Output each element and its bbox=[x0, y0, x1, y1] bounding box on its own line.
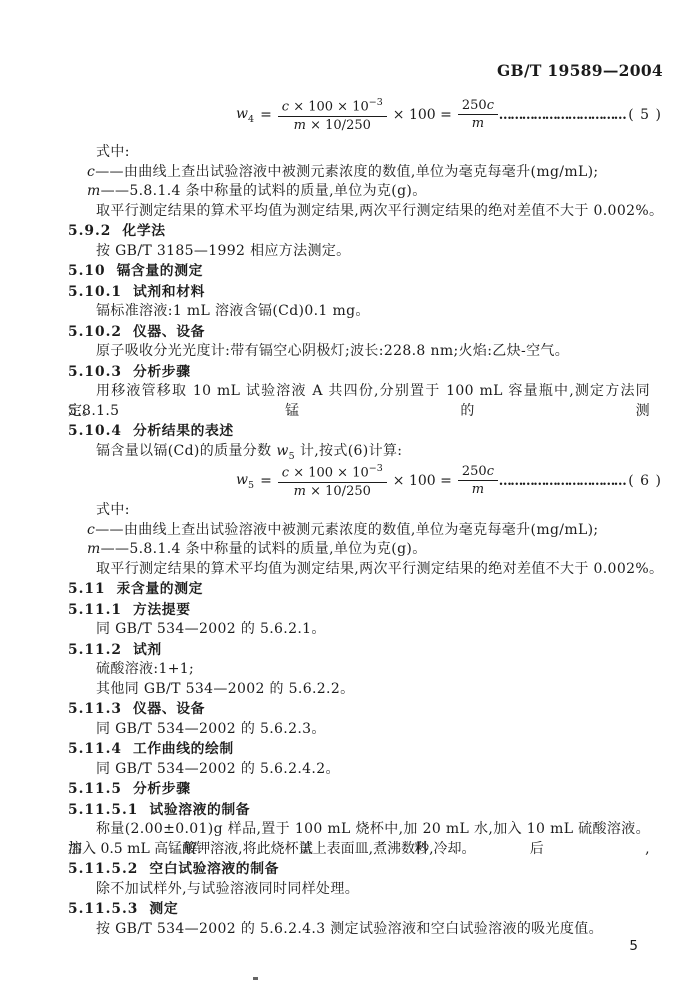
clause-number: 5.10.4 bbox=[68, 423, 122, 439]
multiply-term: × 100 = bbox=[393, 473, 452, 489]
section-heading-5-9-2: 5.9.2化学法 bbox=[68, 221, 650, 242]
variable-w: w bbox=[236, 472, 248, 488]
section-heading-5-10-3: 5.10.3分析步骤 bbox=[68, 362, 650, 383]
paragraph: 同 GB/T 534—2002 的 5.6.2.3。 bbox=[68, 720, 650, 740]
numerator-terms: × 100 × 10 bbox=[289, 99, 369, 114]
numerator-terms: × 100 × 10 bbox=[289, 465, 369, 480]
section-heading-5-11-5-2: 5.11.5.2空白试验溶液的制备 bbox=[68, 859, 650, 880]
paragraph: 原子吸收分光光度计:带有镉空心阴极灯;波长:228.8 nm;火焰:乙炔-空气。 bbox=[68, 342, 650, 362]
section-heading-5-11-3: 5.11.3仪器、设备 bbox=[68, 699, 650, 720]
clause-title: 试剂和材料 bbox=[133, 284, 205, 300]
clause-number: 5.11.4 bbox=[68, 741, 122, 757]
clause-title: 镉含量的测定 bbox=[117, 263, 203, 279]
definition-m: m——5.8.1.4 条中称量的试料的质量,单位为克(g)。 bbox=[68, 540, 650, 560]
definition-m: m——5.8.1.4 条中称量的试料的质量,单位为克(g)。 bbox=[68, 182, 650, 202]
section-heading-5-10-4: 5.10.4分析结果的表述 bbox=[68, 421, 650, 442]
variable-m: m bbox=[294, 484, 306, 499]
dot-leader: …………………………… bbox=[499, 108, 626, 123]
print-artifact bbox=[253, 977, 258, 980]
variable-symbol: c bbox=[87, 522, 95, 538]
fraction: c × 100 × 10−3 m × 10/250 bbox=[278, 463, 387, 500]
result-denominator: m bbox=[472, 481, 484, 498]
subscript: 4 bbox=[248, 113, 254, 124]
variable-symbol: m bbox=[87, 541, 101, 557]
clause-number: 5.11.2 bbox=[68, 642, 122, 658]
paragraph: 用移液管移取 10 mL 试验溶液 A 共四份,分别置于 100 mL 容量瓶中… bbox=[68, 382, 650, 402]
paragraph: 同 GB/T 534—2002 的 5.6.2.1。 bbox=[68, 620, 650, 640]
variable-m: m bbox=[472, 116, 484, 131]
result-fraction: 250c m bbox=[458, 98, 498, 132]
clause-title: 分析步骤 bbox=[133, 781, 191, 797]
clause-title: 分析步骤 bbox=[133, 364, 191, 380]
exponent: −3 bbox=[369, 97, 383, 108]
equation-number: ( 6 ) bbox=[628, 473, 662, 489]
variable-w: w bbox=[236, 106, 248, 122]
where-clause: 式中: bbox=[68, 501, 650, 521]
definition-text: ——5.8.1.4 条中称量的试料的质量,单位为克(g)。 bbox=[101, 541, 427, 557]
section-heading-5-11-5: 5.11.5分析步骤 bbox=[68, 779, 650, 800]
intro-text: 计,按式(6)计算: bbox=[295, 443, 402, 459]
section-heading-5-11-5-1: 5.11.5.1试验溶液的制备 bbox=[68, 800, 650, 821]
paragraph: 取平行测定结果的算术平均值为测定结果,两次平行测定结果的绝对差值不大于 0.00… bbox=[68, 202, 650, 222]
variable-symbol: m bbox=[87, 183, 101, 199]
paragraph: 硫酸溶液:1+1; bbox=[68, 660, 650, 680]
definition-c: c——由曲线上查出试验溶液中被测元素浓度的数值,单位为毫克每毫升(mg/mL); bbox=[68, 163, 650, 183]
clause-number: 5.10.3 bbox=[68, 364, 122, 380]
clause-number: 5.10 bbox=[68, 263, 106, 279]
clause-number: 5.11.3 bbox=[68, 701, 122, 717]
definition-text: ——5.8.1.4 条中称量的试料的质量,单位为克(g)。 bbox=[101, 183, 427, 199]
variable-c: c bbox=[282, 99, 289, 114]
clause-title: 试剂 bbox=[133, 642, 162, 658]
denominator: m × 10/250 bbox=[294, 483, 371, 500]
result-denominator: m bbox=[472, 115, 484, 132]
variable-c: c bbox=[487, 98, 494, 113]
denominator-terms: × 10/250 bbox=[306, 484, 371, 499]
section-heading-5-11: 5.11汞含量的测定 bbox=[68, 579, 650, 600]
coefficient: 250 bbox=[462, 464, 487, 479]
clause-title: 工作曲线的绘制 bbox=[133, 741, 234, 757]
fraction: c × 100 × 10−3 m × 10/250 bbox=[278, 97, 387, 134]
paragraph: 镉标准溶液:1 mL 溶液含镉(Cd)0.1 mg。 bbox=[68, 302, 650, 322]
page-number: 5 bbox=[629, 938, 638, 954]
clause-title: 化学法 bbox=[122, 223, 165, 239]
result-numerator: 250c bbox=[458, 98, 498, 116]
clause-title: 空白试验溶液的制备 bbox=[149, 861, 279, 877]
clause-title: 方法提要 bbox=[133, 602, 191, 618]
denominator-terms: × 10/250 bbox=[306, 118, 371, 133]
variable-c: c bbox=[282, 465, 289, 480]
paragraph: 按 GB/T 534—2002 的 5.6.2.4.3 测定试验溶液和空白试验溶… bbox=[68, 920, 650, 940]
formula-lhs: w5 bbox=[236, 472, 254, 491]
section-heading-5-10: 5.10镉含量的测定 bbox=[68, 261, 650, 282]
equals-sign: = bbox=[260, 107, 272, 123]
section-heading-5-10-2: 5.10.2仪器、设备 bbox=[68, 322, 650, 343]
subscript: 5 bbox=[248, 479, 254, 490]
numerator: c × 100 × 10−3 bbox=[278, 463, 387, 483]
variable-m: m bbox=[472, 482, 484, 497]
denominator: m × 10/250 bbox=[294, 117, 371, 134]
clause-title: 分析结果的表述 bbox=[133, 423, 234, 439]
formula-6-expression: w5 = c × 100 × 10−3 m × 10/250 × 100 = 2… bbox=[236, 463, 498, 500]
coefficient: 250 bbox=[462, 98, 487, 113]
formula-leader: …………………………… ( 5 ) bbox=[499, 107, 662, 123]
clause-number: 5.11.1 bbox=[68, 602, 122, 618]
formula-5-expression: w4 = c × 100 × 10−3 m × 10/250 × 100 = 2… bbox=[236, 97, 498, 134]
definition-c: c——由曲线上查出试验溶液中被测元素浓度的数值,单位为毫克每毫升(mg/mL); bbox=[68, 521, 650, 541]
clause-number: 5.11.5 bbox=[68, 781, 122, 797]
clause-number: 5.11.5.2 bbox=[68, 861, 138, 877]
result-fraction: 250c m bbox=[458, 464, 498, 498]
variable-w: w bbox=[276, 443, 288, 459]
section-heading-5-10-1: 5.10.1试剂和材料 bbox=[68, 282, 650, 303]
intro-text: 镉含量以镉(Cd)的质量分数 bbox=[96, 443, 276, 459]
result-numerator: 250c bbox=[458, 464, 498, 482]
clause-title: 汞含量的测定 bbox=[117, 581, 203, 597]
page-content: GB/T 19589—2004 w4 = c × 100 × 10−3 m × … bbox=[68, 61, 650, 939]
equals-sign: = bbox=[260, 473, 272, 489]
variable-c: c bbox=[487, 464, 494, 479]
document-page: GB/T 19589—2004 w4 = c × 100 × 10−3 m × … bbox=[0, 0, 700, 1008]
clause-title: 仪器、设备 bbox=[133, 701, 205, 717]
standard-number-header: GB/T 19589—2004 bbox=[68, 61, 663, 81]
formula-6: w5 = c × 100 × 10−3 m × 10/250 × 100 = 2… bbox=[68, 461, 650, 501]
formula-leader: …………………………… ( 6 ) bbox=[499, 473, 662, 489]
clause-number: 5.9.2 bbox=[68, 223, 111, 239]
paragraph: 除不加试样外,与试验溶液同时同样处理。 bbox=[68, 880, 650, 900]
paragraph: 按 GB/T 3185—1992 相应方法测定。 bbox=[68, 242, 650, 262]
clause-number: 5.10.2 bbox=[68, 324, 122, 340]
section-heading-5-11-4: 5.11.4工作曲线的绘制 bbox=[68, 739, 650, 760]
paragraph: 取平行测定结果的算术平均值为测定结果,两次平行测定结果的绝对差值不大于 0.00… bbox=[68, 560, 650, 580]
where-clause: 式中: bbox=[68, 143, 650, 163]
formula-lhs: w4 bbox=[236, 106, 254, 125]
paragraph: 称量(2.00±0.01)g 样品,置于 100 mL 烧杯中,加 20 mL … bbox=[68, 820, 650, 840]
clause-number: 5.11 bbox=[68, 581, 106, 597]
clause-title: 测定 bbox=[149, 901, 178, 917]
section-heading-5-11-1: 5.11.1方法提要 bbox=[68, 600, 650, 621]
formula-5: w4 = c × 100 × 10−3 m × 10/250 × 100 = 2… bbox=[68, 95, 650, 135]
section-heading-5-11-2: 5.11.2试剂 bbox=[68, 640, 650, 661]
exponent: −3 bbox=[369, 463, 383, 474]
formula-intro: 镉含量以镉(Cd)的质量分数 w5 计,按式(6)计算: bbox=[68, 442, 650, 462]
section-heading-5-11-5-3: 5.11.5.3测定 bbox=[68, 899, 650, 920]
clause-number: 5.10.1 bbox=[68, 284, 122, 300]
equation-number: ( 5 ) bbox=[628, 107, 662, 123]
clause-number: 5.11.5.3 bbox=[68, 901, 138, 917]
clause-title: 试验溶液的制备 bbox=[149, 802, 250, 818]
definition-text: ——由曲线上查出试验溶液中被测元素浓度的数值,单位为毫克每毫升(mg/mL); bbox=[95, 164, 598, 180]
definition-text: ——由曲线上查出试验溶液中被测元素浓度的数值,单位为毫克每毫升(mg/mL); bbox=[95, 522, 598, 538]
numerator: c × 100 × 10−3 bbox=[278, 97, 387, 117]
multiply-term: × 100 = bbox=[393, 107, 452, 123]
variable-symbol: c bbox=[87, 164, 95, 180]
paragraph: 同 GB/T 534—2002 的 5.6.2.4.2。 bbox=[68, 760, 650, 780]
paragraph: 其他同 GB/T 534—2002 的 5.6.2.2。 bbox=[68, 680, 650, 700]
clause-title: 仪器、设备 bbox=[133, 324, 205, 340]
dot-leader: …………………………… bbox=[499, 474, 626, 489]
variable-m: m bbox=[294, 118, 306, 133]
clause-number: 5.11.5.1 bbox=[68, 802, 138, 818]
